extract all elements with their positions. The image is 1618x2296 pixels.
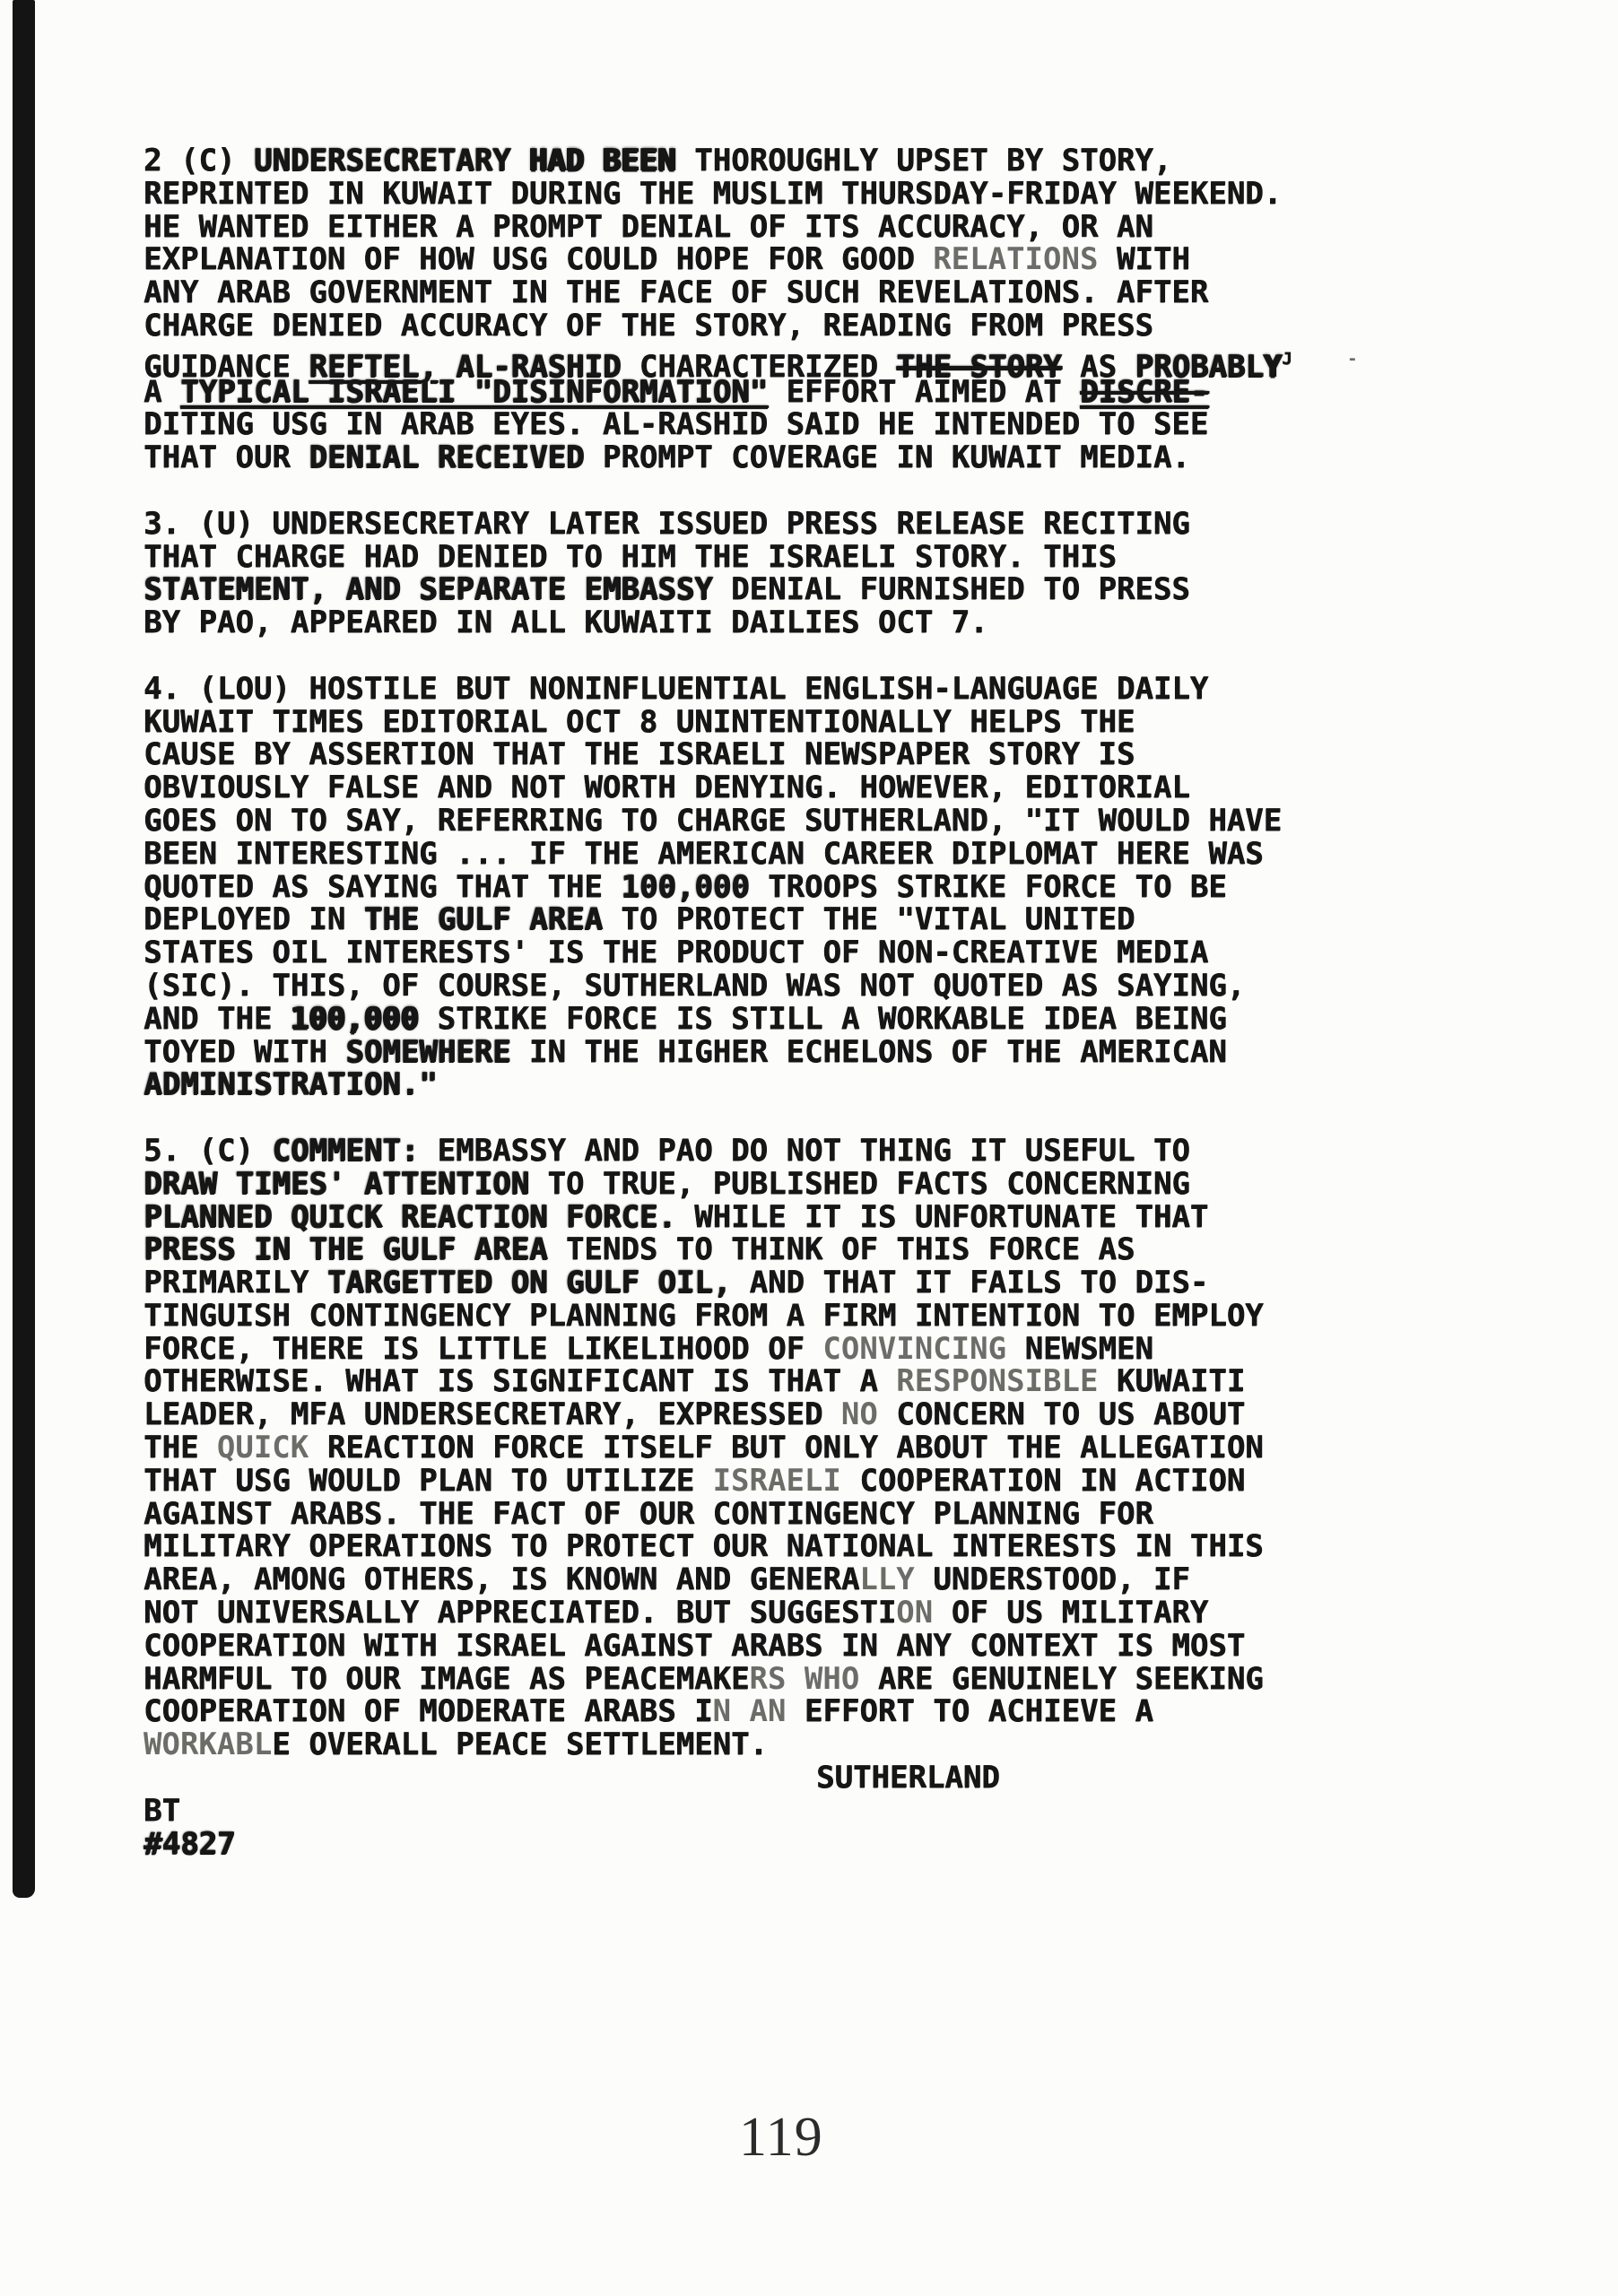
text-segment: - <box>1347 349 1357 369</box>
text-segment: KUWAIT TIMES EDITORIAL OCT 8 UNINTENTION… <box>144 704 1135 740</box>
text-segment: TYPICAL ISRAELI "DISINFORMATION" <box>180 374 768 410</box>
cable-text-block: 2 (C) UNDERSECRETARY HAD BEEN THOROUGHLY… <box>144 144 1543 1860</box>
text-line: ANY ARAB GOVERNMENT IN THE FACE OF SUCH … <box>144 276 1543 309</box>
text-segment: AND THE <box>144 1001 291 1037</box>
text-segment: TO PROTECT THE "VITAL UNITED <box>603 901 1135 937</box>
text-line: THAT OUR DENIAL RECEIVED PROMPT COVERAGE… <box>144 441 1543 474</box>
text-line: HARMFUL TO OUR IMAGE AS PEACEMAKERS WHO … <box>144 1663 1543 1696</box>
text-segment: QUOTED AS SAYING THAT THE <box>144 869 621 905</box>
text-segment: THE GULF AREA <box>364 901 603 937</box>
signature-line: SUTHERLAND <box>144 1761 1543 1795</box>
text-line: GUIDANCE REFTEL, AL-RASHID CHARACTERIZED… <box>144 343 1543 376</box>
text-segment: CONVINCING <box>822 1331 1006 1367</box>
text-segment: THAT OUR <box>144 439 309 475</box>
text-segment: DITING USG IN ARAB EYES. AL-RASHID SAID … <box>144 406 1208 442</box>
text-segment: BY PAO, APPEARED IN ALL KUWAITI DAILIES … <box>144 604 988 640</box>
text-segment: COOPERATION OF MODERATE ARABS I <box>144 1693 713 1729</box>
text-segment: 2 (C) <box>144 143 254 178</box>
text-line: EXPLANATION OF HOW USG COULD HOPE FOR GO… <box>144 243 1543 276</box>
text-segment: EXPLANATION OF HOW USG COULD HOPE FOR GO… <box>144 241 933 277</box>
text-line: REPRINTED IN KUWAIT DURING THE MUSLIM TH… <box>144 178 1543 211</box>
terminator-line: BT <box>144 1795 1543 1828</box>
text-segment: (SIC). THIS, OF COURSE, SUTHERLAND WAS N… <box>144 968 1245 1004</box>
text-segment: TARGETTED ON GULF OIL, <box>327 1265 731 1300</box>
text-line: OTHERWISE. WHAT IS SIGNIFICANT IS THAT A… <box>144 1365 1543 1398</box>
text-segment: HARMFUL TO OUR IMAGE AS PEACEMAKE <box>144 1661 750 1697</box>
text-line: GOES ON TO SAY, REFERRING TO CHARGE SUTH… <box>144 804 1543 838</box>
text-line: PLANNED QUICK REACTION FORCE. WHILE IT I… <box>144 1201 1543 1234</box>
text-segment: ADMINISTRATION." <box>144 1066 438 1102</box>
text-segment: UNDERSECRETARY <box>254 143 511 178</box>
text-segment: RESPONSIBLE <box>896 1363 1098 1399</box>
text-segment: RS WHO <box>750 1661 860 1697</box>
text-segment: TENDS TO THINK OF THIS FORCE AS <box>547 1231 1135 1267</box>
text-segment: Y <box>1264 349 1282 385</box>
text-segment: PRIMARILY <box>144 1265 327 1300</box>
text-segment: 100,000 <box>291 1001 419 1037</box>
text-segment: MILITARY OPERATIONS TO PROTECT OUR NATIO… <box>144 1528 1264 1564</box>
text-segment: NEWSMEN <box>1006 1331 1153 1367</box>
text-line: STATEMENT, AND SEPARATE EMBASSY DENIAL F… <box>144 573 1543 606</box>
text-segment: RELATIONS <box>933 241 1098 277</box>
text-segment: ON <box>896 1595 951 1631</box>
text-segment: SUTHERLAND <box>816 1760 1000 1796</box>
text-segment: #4827 <box>144 1826 235 1862</box>
text-segment: QUICK <box>217 1430 309 1465</box>
text-line: BEEN INTERESTING ... IF THE AMERICAN CAR… <box>144 838 1543 871</box>
text-line: THE QUICK REACTION FORCE ITSELF BUT ONLY… <box>144 1431 1543 1465</box>
text-segment: EMBASSY AND PAO DO NOT THING IT USEFUL T… <box>419 1133 1190 1169</box>
text-segment: LLY <box>859 1561 933 1597</box>
text-segment: DRAW TIMES' ATTENTION <box>144 1166 529 1202</box>
text-line: NOT UNIVERSALLY APPRECIATED. BUT SUGGEST… <box>144 1596 1543 1630</box>
text-segment: NO <box>841 1396 878 1432</box>
text-segment: WITH <box>1098 241 1189 277</box>
text-line: TOYED WITH SOMEWHERE IN THE HIGHER ECHEL… <box>144 1036 1543 1069</box>
text-segment: UNDERSTOOD, IF <box>933 1561 1190 1597</box>
text-line: PRESS IN THE GULF AREA TENDS TO THINK OF… <box>144 1233 1543 1266</box>
text-line: PRIMARILY TARGETTED ON GULF OIL, AND THA… <box>144 1266 1543 1300</box>
text-line: 3. (U) UNDERSECRETARY LATER ISSUED PRESS… <box>144 508 1543 541</box>
text-segment: TINGUISH CONTINGENCY PLANNING FROM A FIR… <box>144 1298 1264 1334</box>
text-segment: DISCRE- <box>1080 374 1208 410</box>
text-segment: CONCERN TO US ABOUT <box>878 1396 1245 1432</box>
text-segment: BEEN INTERESTING ... IF THE AMERICAN CAR… <box>144 836 1264 872</box>
text-segment: COMMENT: <box>272 1133 419 1169</box>
text-segment: OTHERWISE. WHAT IS SIGNIFICANT IS THAT A <box>144 1363 896 1399</box>
text-segment: STATEMENT, AND SEPARATE EMBASSY <box>144 571 713 607</box>
text-segment: BT <box>144 1793 180 1829</box>
text-segment: THAT USG WOULD PLAN TO UTILIZE <box>144 1463 713 1499</box>
text-segment: COOPERATION IN ACTION <box>841 1463 1245 1499</box>
text-line: THAT CHARGE HAD DENIED TO HIM THE ISRAEL… <box>144 541 1543 574</box>
text-segment: EFFORT TO ACHIEVE A <box>805 1693 1153 1729</box>
text-segment: PROMPT COVERAGE IN KUWAIT MEDIA. <box>584 439 1190 475</box>
text-line: (SIC). THIS, OF COURSE, SUTHERLAND WAS N… <box>144 970 1543 1003</box>
text-line: KUWAIT TIMES EDITORIAL OCT 8 UNINTENTION… <box>144 706 1543 739</box>
text-line: COOPERATION WITH ISRAEL AGAINST ARABS IN… <box>144 1630 1543 1663</box>
text-segment: 100,000 <box>621 869 749 905</box>
text-segment: WORKABL <box>144 1726 272 1762</box>
scan-gutter-artifact <box>13 0 35 1898</box>
text-segment: NOT UNIVERSALLY APPRECIATED. BUT SUGGEST… <box>144 1595 896 1631</box>
text-segment: DENIAL RECEIVED <box>309 439 584 475</box>
text-line: OBVIOUSLY FALSE AND NOT WORTH DENYING. H… <box>144 771 1543 804</box>
text-segment: LEADER, MFA UNDERSECRETARY, EXPRESSED <box>144 1396 841 1432</box>
text-line: CHARGE DENIED ACCURACY OF THE STORY, REA… <box>144 309 1543 343</box>
text-segment: SOMEWHERE <box>345 1034 510 1070</box>
text-segment: HE WANTED EITHER A PROMPT DENIAL OF ITS … <box>144 209 1153 245</box>
text-segment: OF US MILITARY <box>952 1595 1209 1631</box>
text-line: MILITARY OPERATIONS TO PROTECT OUR NATIO… <box>144 1530 1543 1563</box>
text-segment: WHILE IT IS UNFORTUNATE THAT <box>676 1199 1209 1235</box>
text-segment: COOPERATION WITH ISRAEL AGAINST ARABS IN… <box>144 1628 1245 1664</box>
text-segment: AND THAT IT FAILS TO DIS- <box>731 1265 1208 1300</box>
text-segment: DENIAL FURNISHED TO PRESS <box>713 571 1190 607</box>
text-segment: PRESS IN THE GULF AREA <box>144 1231 547 1267</box>
text-line: 4. (LOU) HOSTILE BUT NONINFLUENTIAL ENGL… <box>144 673 1543 706</box>
text-line: TINGUISH CONTINGENCY PLANNING FROM A FIR… <box>144 1300 1543 1333</box>
text-segment: HAD BEEN <box>529 143 676 178</box>
text-segment: ARE GENUINELY SEEKING <box>859 1661 1263 1697</box>
text-line: DEPLOYED IN THE GULF AREA TO PROTECT THE… <box>144 903 1543 936</box>
text-segment: CAUSE BY ASSERTION THAT THE ISRAELI NEWS… <box>144 736 1135 772</box>
text-segment: GOES ON TO SAY, REFERRING TO CHARGE SUTH… <box>144 803 1282 839</box>
text-line: HE WANTED EITHER A PROMPT DENIAL OF ITS … <box>144 211 1543 244</box>
text-segment: EFFORT AIMED AT <box>768 374 1080 410</box>
text-segment: STRIKE FORCE IS STILL A WORKABLE IDEA BE… <box>419 1001 1227 1037</box>
text-segment: THE <box>144 1430 217 1465</box>
text-segment: TOYED WITH <box>144 1034 345 1070</box>
text-line: AREA, AMONG OTHERS, IS KNOWN AND GENERAL… <box>144 1563 1543 1596</box>
text-segment: 4. (LOU) HOSTILE BUT NONINFLUENTIAL ENGL… <box>144 671 1208 707</box>
text-segment: FORCE, THERE IS LITTLE LIKELIHOOD OF <box>144 1331 822 1367</box>
text-line: 5. (C) COMMENT: EMBASSY AND PAO DO NOT T… <box>144 1135 1543 1168</box>
text-segment: REACTION FORCE ITSELF BUT ONLY ABOUT THE… <box>309 1430 1263 1465</box>
scanned-cable-page: 2 (C) UNDERSECRETARY HAD BEEN THOROUGHLY… <box>0 0 1618 2296</box>
text-segment: THAT CHARGE HAD DENIED TO HIM THE ISRAEL… <box>144 539 1117 575</box>
text-segment: OBVIOUSLY FALSE AND NOT WORTH DENYING. H… <box>144 770 1190 805</box>
text-line: STATES OIL INTERESTS' IS THE PRODUCT OF … <box>144 936 1543 970</box>
text-segment <box>510 143 528 178</box>
text-segment: CHARGE DENIED ACCURACY OF THE STORY, REA… <box>144 308 1153 344</box>
text-segment: TO TRUE, PUBLISHED FACTS CONCERNING <box>529 1166 1190 1202</box>
text-segment: E OVERALL PEACE SETTLEMENT. <box>272 1726 768 1762</box>
text-line <box>144 1101 1543 1135</box>
text-segment: 3. (U) UNDERSECRETARY LATER ISSUED PRESS… <box>144 506 1190 542</box>
text-line: 2 (C) UNDERSECRETARY HAD BEEN THOROUGHLY… <box>144 144 1543 178</box>
text-segment: THOROUGHLY UPSET BY STORY, <box>676 143 1172 178</box>
text-line: DRAW TIMES' ATTENTION TO TRUE, PUBLISHED… <box>144 1168 1543 1201</box>
text-line: CAUSE BY ASSERTION THAT THE ISRAELI NEWS… <box>144 738 1543 771</box>
page-number: 119 <box>739 2106 823 2170</box>
text-line: DITING USG IN ARAB EYES. AL-RASHID SAID … <box>144 408 1543 441</box>
text-segment: KUWAITI <box>1098 1363 1245 1399</box>
serial-line: #4827 <box>144 1828 1543 1861</box>
text-segment: REPRINTED IN KUWAIT DURING THE MUSLIM TH… <box>144 176 1282 212</box>
text-line: AGAINST ARABS. THE FACT OF OUR CONTINGEN… <box>144 1498 1543 1531</box>
text-line: BY PAO, APPEARED IN ALL KUWAITI DAILIES … <box>144 606 1543 639</box>
text-line: FORCE, THERE IS LITTLE LIKELIHOOD OF CON… <box>144 1333 1543 1366</box>
text-segment: PLANNED QUICK REACTION FORCE. <box>144 1199 676 1235</box>
text-segment: J <box>1282 349 1292 369</box>
text-line: ADMINISTRATION." <box>144 1068 1543 1101</box>
text-segment: TROOPS STRIKE FORCE TO BE <box>750 869 1227 905</box>
text-segment: 5. (C) <box>144 1133 272 1169</box>
text-segment: ISRAELI <box>713 1463 841 1499</box>
text-segment: N AN <box>713 1693 805 1729</box>
text-line: AND THE 100,000 STRIKE FORCE IS STILL A … <box>144 1003 1543 1036</box>
text-segment: AGAINST ARABS. THE FACT OF OUR CONTINGEN… <box>144 1496 1153 1532</box>
text-line: COOPERATION OF MODERATE ARABS IN AN EFFO… <box>144 1695 1543 1728</box>
text-segment <box>1292 349 1347 385</box>
text-line <box>144 474 1543 508</box>
text-line: QUOTED AS SAYING THAT THE 100,000 TROOPS… <box>144 871 1543 904</box>
text-line <box>144 639 1543 673</box>
text-line: THAT USG WOULD PLAN TO UTILIZE ISRAELI C… <box>144 1465 1543 1498</box>
text-segment: STATES OIL INTERESTS' IS THE PRODUCT OF … <box>144 935 1208 970</box>
text-line: WORKABLE OVERALL PEACE SETTLEMENT. <box>144 1728 1543 1761</box>
text-segment: DEPLOYED IN <box>144 901 364 937</box>
text-segment: ANY ARAB GOVERNMENT IN THE FACE OF SUCH … <box>144 274 1208 310</box>
text-segment: A <box>144 374 180 410</box>
text-segment: IN THE HIGHER ECHELONS OF THE AMERICAN <box>510 1034 1226 1070</box>
text-segment: AREA, AMONG OTHERS, IS KNOWN AND GENERA <box>144 1561 859 1597</box>
text-line: LEADER, MFA UNDERSECRETARY, EXPRESSED NO… <box>144 1398 1543 1431</box>
